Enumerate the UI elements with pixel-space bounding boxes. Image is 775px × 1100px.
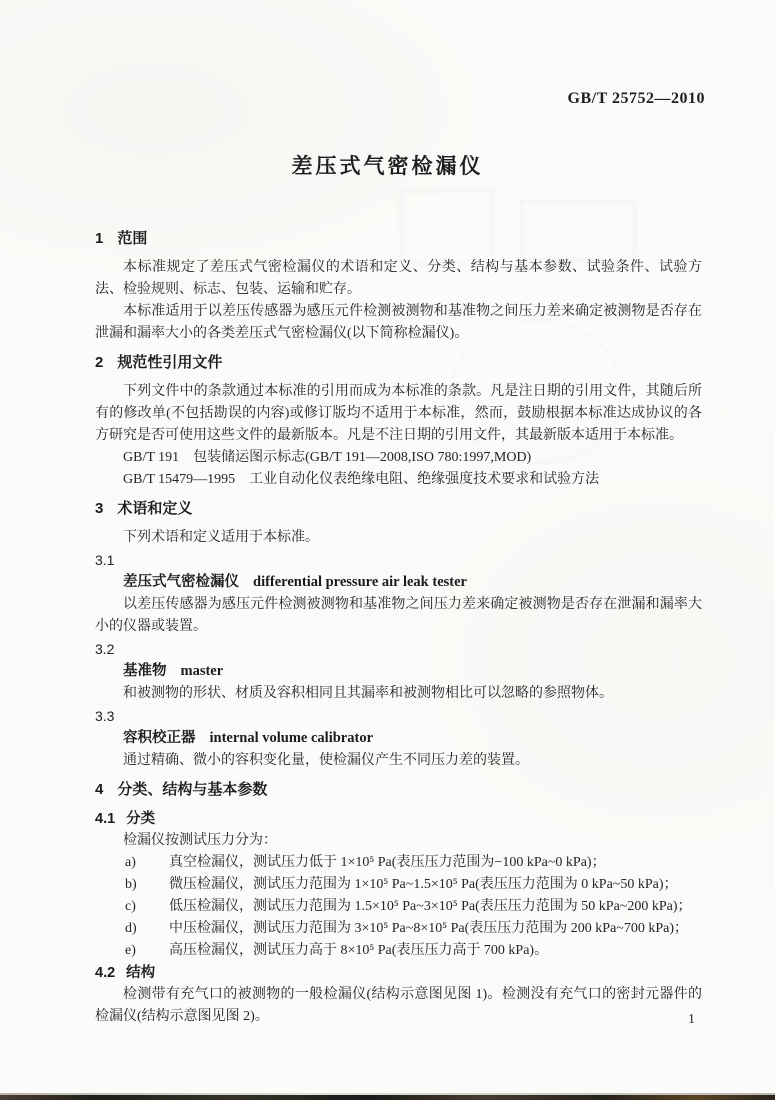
term-definition: 和被测物的形状、材质及容积相同且其漏率和被测物相比可以忽略的参照物体。 <box>95 683 702 705</box>
section-title: 范围 <box>117 230 147 247</box>
section-number: 4 <box>95 779 103 801</box>
section-2-heading: 2规范性引用文件 <box>95 352 702 374</box>
term-chinese: 差压式气密检漏仪 <box>123 574 239 590</box>
list-item: d)中压检漏仪，测试压力范围为 3×10⁵ Pa~8×10⁵ Pa(表压压力范围… <box>95 918 702 940</box>
list-item: a)真空检漏仪，测试压力低于 1×10⁵ Pa(表压压力范围为−100 kPa~… <box>95 852 702 874</box>
paragraph: 本标准规定了差压式气密检漏仪的术语和定义、分类、结构与基本参数、试验条件、试验方… <box>95 257 702 301</box>
list-item-label: c) <box>125 896 169 918</box>
document-body: 1范围 本标准规定了差压式气密检漏仪的术语和定义、分类、结构与基本参数、试验条件… <box>95 221 702 1028</box>
document-title: 差压式气密检漏仪 <box>0 150 775 180</box>
scan-bottom-edge <box>0 1095 775 1100</box>
normative-reference: GB/T 15479—1995 工业自动化仪表绝缘电阻、绝缘强度技术要求和试验方… <box>95 469 702 491</box>
list-item: b)微压检漏仪，测试压力范围为 1×10⁵ Pa~1.5×10⁵ Pa(表压压力… <box>95 874 702 896</box>
section-number: 4.2 <box>95 962 115 984</box>
paragraph: 本标准适用于以差压传感器为感压元件检测被测物和基准物之间压力差来确定被测物是否存… <box>95 301 702 345</box>
term-english: differential pressure air leak tester <box>253 574 467 590</box>
section-number: 4.1 <box>95 808 115 830</box>
section-number: 2 <box>95 352 103 374</box>
list-item-text: 高压检漏仪，测试压力高于 8×10⁵ Pa(表压压力高于 700 kPa)。 <box>169 940 702 962</box>
clause-number: 3.3 <box>95 705 702 727</box>
section-4-2-heading: 4.2结构 <box>95 962 702 984</box>
section-title: 规范性引用文件 <box>117 354 222 371</box>
term-entry: 容积校正器internal volume calibrator <box>95 727 702 750</box>
clause-number: 3.2 <box>95 638 702 660</box>
list-item: c)低压检漏仪，测试压力范围为 1.5×10⁵ Pa~3×10⁵ Pa(表压压力… <box>95 896 702 918</box>
scanned-standard-page: GB/T 25752—2010 差压式气密检漏仪 1范围 本标准规定了差压式气密… <box>0 0 775 1100</box>
section-title: 分类、结构与基本参数 <box>117 781 267 798</box>
clause-number: 3.1 <box>95 549 702 571</box>
section-title: 分类 <box>126 811 155 827</box>
section-title: 结构 <box>126 965 155 981</box>
paragraph: 检测带有充气口的被测物的一般检漏仪(结构示意图见图 1)。检测没有充气口的密封元… <box>95 984 702 1028</box>
list-item-label: a) <box>125 852 169 874</box>
list-item-label: b) <box>125 874 169 896</box>
term-entry: 差压式气密检漏仪differential pressure air leak t… <box>95 571 702 594</box>
list-item-text: 中压检漏仪，测试压力范围为 3×10⁵ Pa~8×10⁵ Pa(表压压力范围为 … <box>169 918 702 940</box>
paragraph: 检漏仪按测试压力分为： <box>95 830 702 852</box>
term-chinese: 容积校正器 <box>123 730 196 746</box>
term-entry: 基准物master <box>95 660 702 683</box>
list-item-label: e) <box>125 940 169 962</box>
page-number: 1 <box>688 1012 695 1028</box>
normative-reference: GB/T 191 包装储运图示标志(GB/T 191—2008,ISO 780:… <box>95 447 702 469</box>
section-number: 3 <box>95 498 103 520</box>
section-4-1-heading: 4.1分类 <box>95 808 702 830</box>
section-number: 1 <box>95 228 103 250</box>
paragraph: 下列术语和定义适用于本标准。 <box>95 527 702 549</box>
list-item-text: 微压检漏仪，测试压力范围为 1×10⁵ Pa~1.5×10⁵ Pa(表压压力范围… <box>169 874 702 896</box>
section-4-heading: 4分类、结构与基本参数 <box>95 779 702 801</box>
list-item-text: 真空检漏仪，测试压力低于 1×10⁵ Pa(表压压力范围为−100 kPa~0 … <box>169 852 702 874</box>
list-item-text: 低压检漏仪，测试压力范围为 1.5×10⁵ Pa~3×10⁵ Pa(表压压力范围… <box>169 896 702 918</box>
section-title: 术语和定义 <box>117 500 192 517</box>
list-item-label: d) <box>125 918 169 940</box>
standard-number: GB/T 25752—2010 <box>568 90 705 108</box>
section-3-heading: 3术语和定义 <box>95 498 702 520</box>
list-item: e)高压检漏仪，测试压力高于 8×10⁵ Pa(表压压力高于 700 kPa)。 <box>95 940 702 962</box>
term-definition: 通过精确、微小的容积变化量，使检漏仪产生不同压力差的装置。 <box>95 750 702 772</box>
paragraph: 下列文件中的条款通过本标准的引用而成为本标准的条款。凡是注日期的引用文件，其随后… <box>95 381 702 447</box>
term-english: internal volume calibrator <box>210 730 374 746</box>
term-chinese: 基准物 <box>123 663 167 679</box>
term-definition: 以差压传感器为感压元件检测被测物和基准物之间压力差来确定被测物是否存在泄漏和漏率… <box>95 594 702 638</box>
term-english: master <box>181 663 224 679</box>
section-1-heading: 1范围 <box>95 228 702 250</box>
